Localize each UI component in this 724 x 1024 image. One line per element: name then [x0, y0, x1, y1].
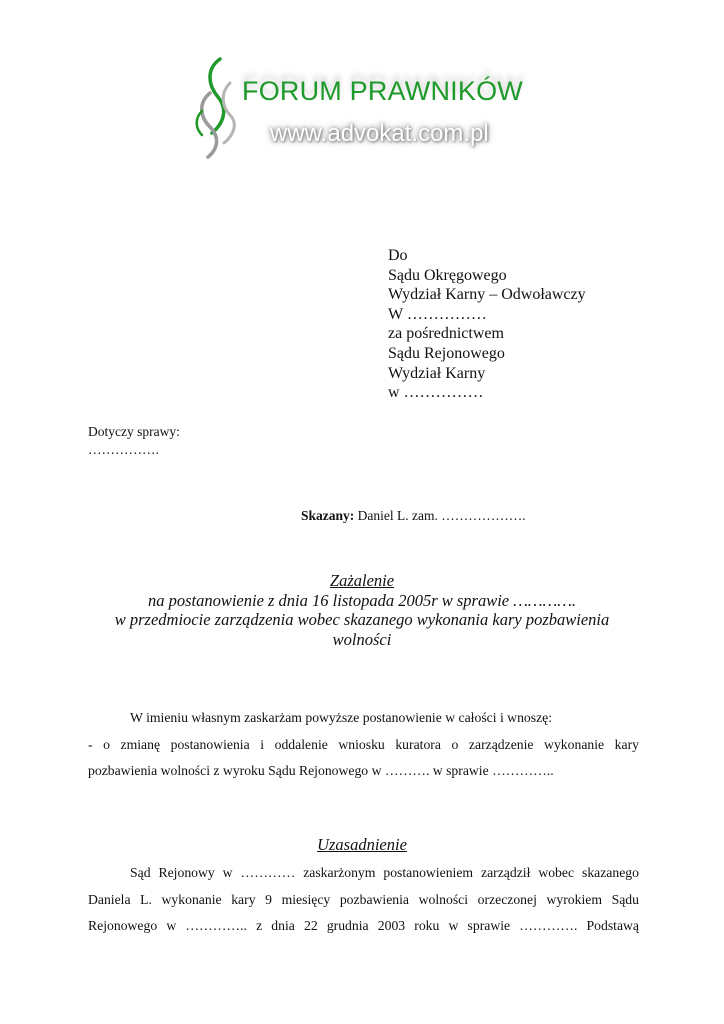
request-point-line: pozbawienia wolności z wyroku Sądu Rejon…	[88, 758, 639, 785]
justification-line: Rejonowego w ………….. z dnia 22 grudnia 20…	[88, 913, 639, 940]
logo-url: www.advokat.com.pl	[270, 120, 489, 148]
addressee-block: Do Sądu Okręgowego Wydział Karny – Odwoł…	[388, 246, 586, 403]
forum-prawnikow-logo: FORUM PRAWNIKÓW www.advokat.com.pl	[190, 55, 550, 160]
case-reference-value: …………….	[88, 441, 180, 459]
title-line: w przedmiocie zarządzenia wobec skazaneg…	[80, 610, 644, 630]
request-point-line: - o zmianę postanowienia i oddalenie wni…	[88, 732, 639, 759]
convicted-value: Daniel L. zam. ……………….	[358, 508, 526, 523]
convicted-label: Skazany:	[301, 508, 354, 523]
title-line: wolności	[80, 630, 644, 650]
title-line: na postanowienie z dnia 16 listopada 200…	[80, 591, 644, 611]
justification-line: Daniela L. wykonanie kary 9 miesięcy poz…	[88, 887, 639, 914]
addressee-line: W ……………	[388, 305, 586, 325]
addressee-line: Do	[388, 246, 586, 266]
addressee-line: Wydział Karny – Odwoławczy	[388, 285, 586, 305]
request-paragraph: W imieniu własnym zaskarżam powyższe pos…	[88, 705, 639, 785]
justification-line: Sąd Rejonowy w ………… zaskarżonym postanow…	[88, 860, 639, 887]
addressee-line: Sądu Rejonowego	[388, 344, 586, 364]
justification-paragraph: Sąd Rejonowy w ………… zaskarżonym postanow…	[88, 860, 639, 940]
addressee-line: Sądu Okręgowego	[388, 266, 586, 286]
justification-heading: Uzasadnienie	[80, 835, 644, 855]
request-intro: W imieniu własnym zaskarżam powyższe pos…	[88, 705, 639, 732]
logo-title: FORUM PRAWNIKÓW	[242, 76, 523, 107]
case-reference-label: Dotyczy sprawy:	[88, 423, 180, 441]
addressee-line: w ……………	[388, 383, 586, 403]
paragraph-swirl-icon	[190, 55, 245, 160]
addressee-line: za pośrednictwem	[388, 324, 586, 344]
addressee-line: Wydział Karny	[388, 364, 586, 384]
case-reference: Dotyczy sprawy: …………….	[88, 423, 180, 459]
convicted-person: Skazany: Daniel L. zam. ……………….	[301, 508, 526, 524]
document-title: Zażalenie na postanowienie z dnia 16 lis…	[80, 571, 644, 649]
title-heading: Zażalenie	[80, 571, 644, 591]
